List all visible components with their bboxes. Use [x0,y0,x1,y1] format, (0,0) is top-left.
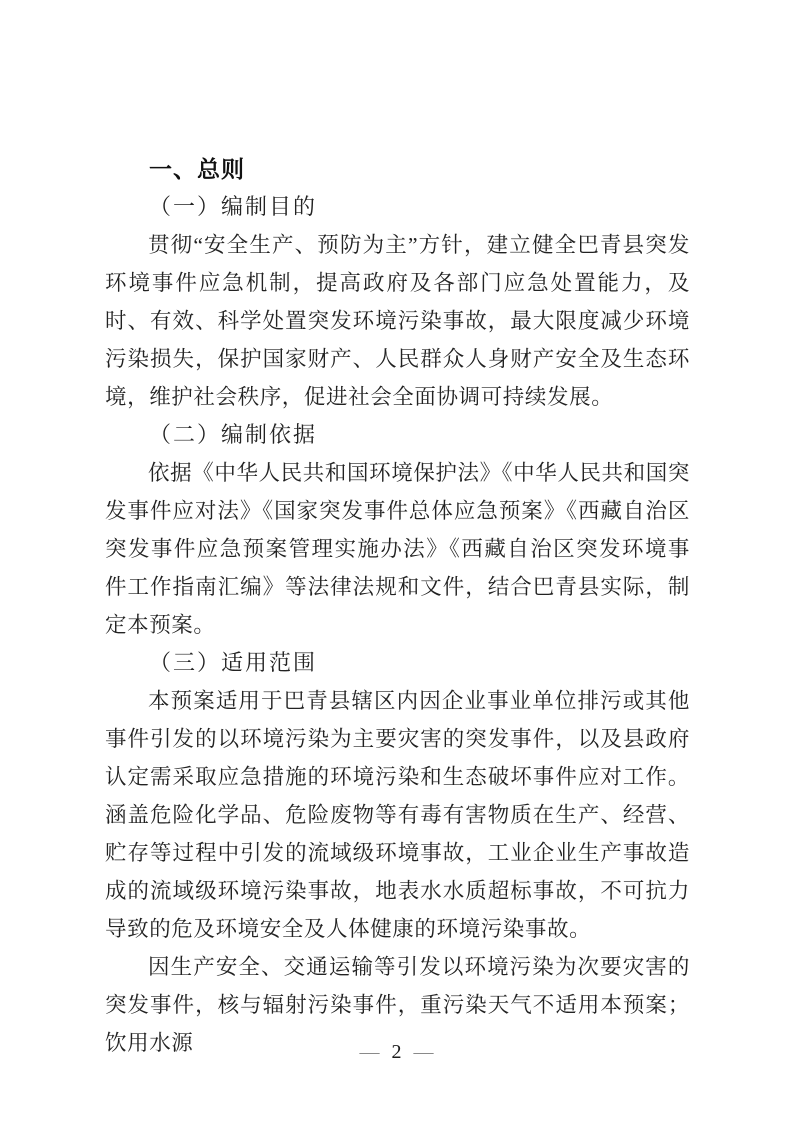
paragraph: 贯彻“安全生产、预防为主”方针，建立健全巴青县突发环境事件应急机制，提高政府及各… [105,226,690,416]
paragraph: 本预案适用于巴青县辖区内因企业事业单位排污或其他事件引发的以环境污染为主要灾害的… [105,682,690,948]
paragraph: 依据《中华人民共和国环境保护法》《中华人民共和国突发事件应对法》《国家突发事件总… [105,454,690,644]
page-footer: —2— [0,1040,793,1064]
document-page: 一、总则 （一）编制目的 贯彻“安全生产、预防为主”方针，建立健全巴青县突发环境… [0,0,793,1122]
subsection-title-3: （三）适用范围 [105,644,690,682]
subsection-title-1: （一）编制目的 [105,188,690,226]
footer-left-dash: — [348,1041,392,1063]
subsection-title-2: （二）编制依据 [105,416,690,454]
section-heading: 一、总则 [105,150,690,188]
page-number: 2 [392,1041,402,1063]
footer-right-dash: — [402,1041,446,1063]
